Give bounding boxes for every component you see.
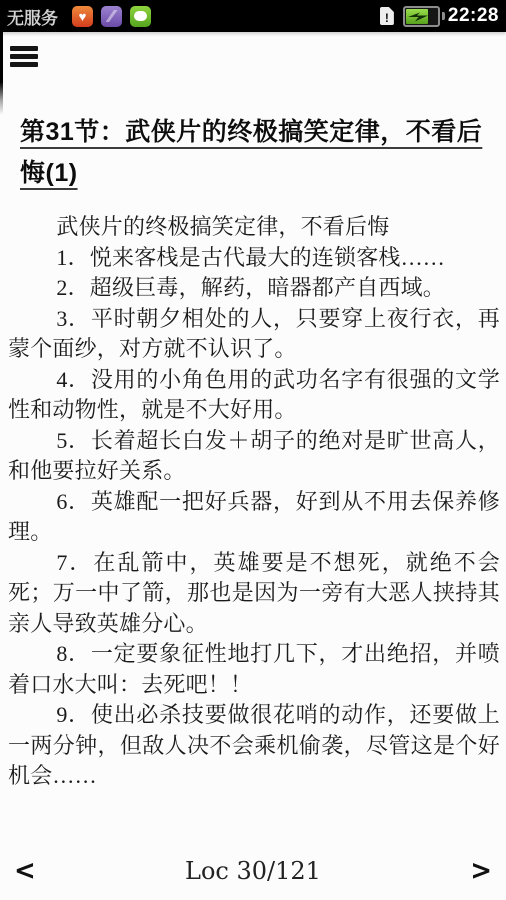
paragraph: 7．在乱箭中，英雄要是不想死，就绝不会死；万一中了箭，那也是因为一旁有大恶人挟持… [8,548,500,640]
clock-time: 22:28 [448,5,499,27]
heart-icon: ♥ [79,10,87,23]
green-chat-notification-icon [130,6,151,27]
speech-bubble-icon [134,11,147,21]
paragraph: 8．一定要象征性地打几下，才出绝招，并喷着口水大叫：去死吧！！ [8,639,500,700]
battery-charging-icon [403,6,440,27]
orange-app-notification-icon: ♥ [72,6,93,27]
paragraph: 5．长着超长白发＋胡子的绝对是旷世高人，和他要拉好关系。 [8,426,500,487]
slash-icon [106,10,118,22]
status-bar: 无服务 ♥ ! 22:28 [0,0,506,32]
paragraph: 9．使出必杀技要做很花哨的动作，还要做上一两分钟，但敌人决不会乘机偷袭，尽管这是… [8,700,500,792]
reader-screen: 无服务 ♥ ! 22:28 第31节：武侠片的终极搞笑定律，不看后悔(1) [0,0,506,900]
paragraph: 6．英雄配一把好兵器，好到从不用去保养修理。 [8,487,500,548]
paragraph: 2．超级巨毒，解药，暗器都产自西域。 [8,273,500,304]
paragraph: 1．悦来客栈是古代最大的连锁客栈…… [8,243,500,274]
location-indicator: Loc 30/121 [56,857,450,885]
carrier-status: 无服务 [7,4,58,29]
paragraph: 武侠片的终极搞笑定律，不看后悔 [8,212,500,243]
lightning-bolt-icon [407,11,429,23]
chapter-title: 第31节：武侠片的终极搞笑定律，不看后悔(1) [20,112,494,194]
next-page-button[interactable]: > [450,857,492,884]
sim-alert-icon: ! [380,7,394,25]
chapter-body: 武侠片的终极搞笑定律，不看后悔 1．悦来客栈是古代最大的连锁客栈…… 2．超级巨… [8,212,500,792]
hamburger-icon [10,46,38,51]
bottom-navigation-bar: < Loc 30/121 > [0,842,506,900]
previous-page-button[interactable]: < [14,857,56,884]
purple-app-notification-icon [101,6,122,27]
paragraph: 4．没用的小角色用的武功名字有很强的文学性和动物性，就是不大好用。 [8,365,500,426]
scroll-position-indicator[interactable] [0,32,3,115]
menu-button[interactable] [10,46,38,67]
paragraph: 3．平时朝夕相处的人，只要穿上夜行衣，再蒙个面纱，对方就不认识了。 [8,304,500,365]
